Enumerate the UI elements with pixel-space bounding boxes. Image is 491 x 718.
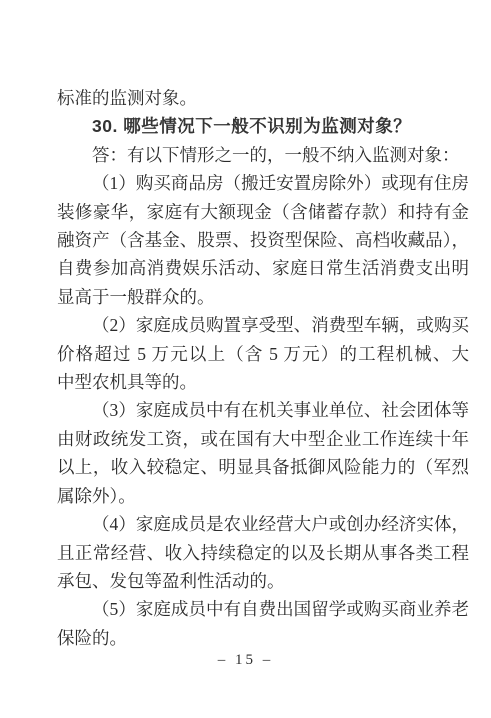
text-line: 承包、发包等盈利性活动的。 xyxy=(57,567,469,595)
text-line: （4）家庭成员是农业经营大户或创办经济实体， xyxy=(57,510,469,538)
text-line: 保险的。 xyxy=(57,624,469,652)
text-line: 以上，收入较稳定、明显具备抵御风险能力的（军烈 xyxy=(57,453,469,481)
document-page: 标准的监测对象。30. 哪些情况下一般不识别为监测对象？答：有以下情形之一的，一… xyxy=(0,0,491,718)
text-line: 且正常经营、收入持续稳定的以及长期从事各类工程 xyxy=(57,539,469,567)
text-line: 价格超过 5 万元以上（含 5 万元）的工程机械、大 xyxy=(57,340,469,368)
text-line: 属除外）。 xyxy=(57,482,469,510)
text-line: （5）家庭成员中有自费出国留学或购买商业养老 xyxy=(57,595,469,623)
text-line: （2）家庭成员购置享受型、消费型车辆，或购买 xyxy=(57,311,469,339)
text-line: 融资产（含基金、股票、投资型保险、高档收藏品）， xyxy=(57,226,469,254)
text-line: 中型农机具等的。 xyxy=(57,368,469,396)
text-line: 答：有以下情形之一的，一般不纳入监测对象： xyxy=(57,141,469,169)
page-number: – 15 – xyxy=(0,652,491,669)
text-line: 自费参加高消费娱乐活动、家庭日常生活消费支出明 xyxy=(57,254,469,282)
question-heading: 30. 哪些情况下一般不识别为监测对象？ xyxy=(57,112,469,140)
text-line: 标准的监测对象。 xyxy=(57,84,469,112)
text-line: （3）家庭成员中有在机关事业单位、社会团体等 xyxy=(57,396,469,424)
text-line: （1）购买商品房（搬迁安置房除外）或现有住房 xyxy=(57,169,469,197)
text-line: 装修豪华，家庭有大额现金（含储蓄存款）和持有金 xyxy=(57,198,469,226)
text-content: 标准的监测对象。30. 哪些情况下一般不识别为监测对象？答：有以下情形之一的，一… xyxy=(57,84,469,652)
text-line: 由财政统发工资，或在国有大中型企业工作连续十年 xyxy=(57,425,469,453)
text-line: 显高于一般群众的。 xyxy=(57,283,469,311)
